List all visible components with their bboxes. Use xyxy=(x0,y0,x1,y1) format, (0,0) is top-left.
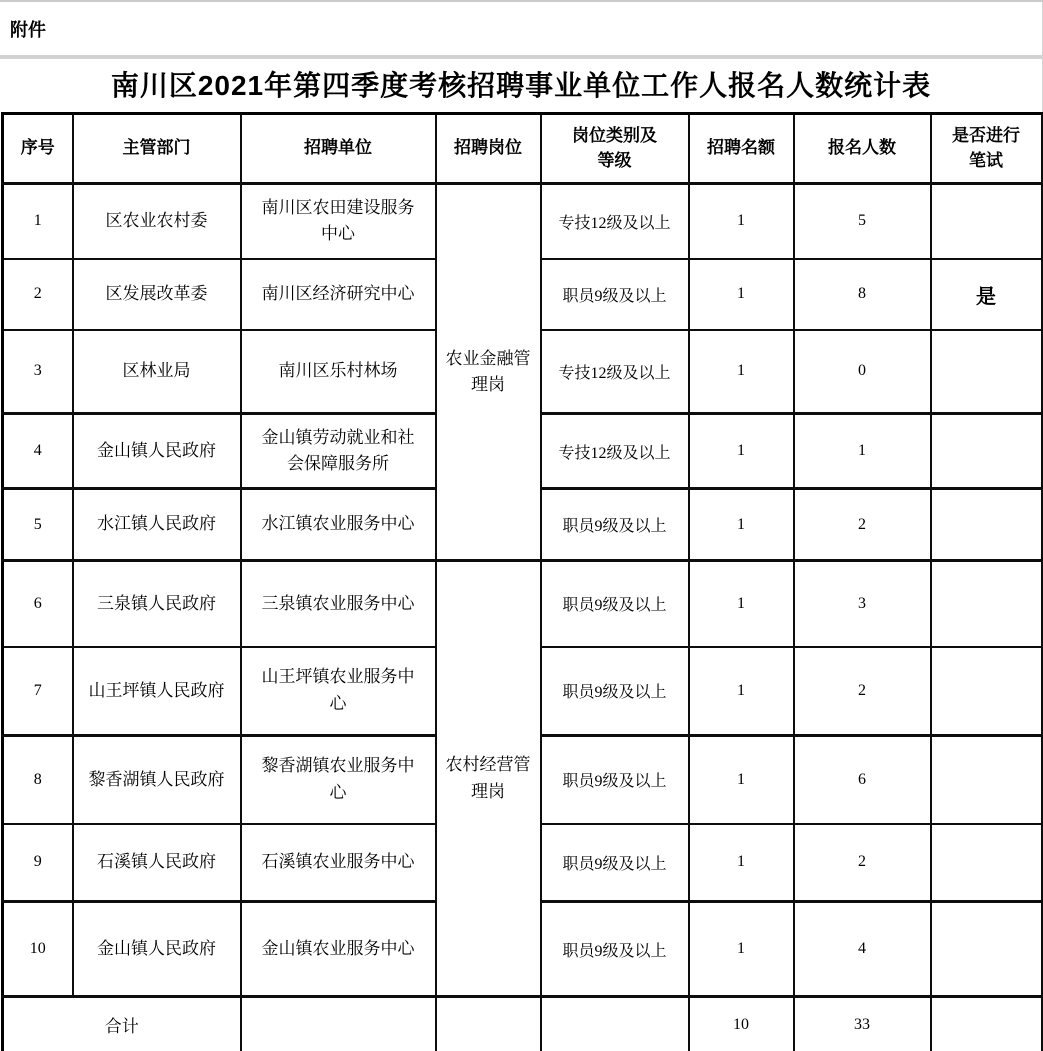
cell-unit: 山王坪镇农业服务中心 xyxy=(241,647,436,736)
cell-position-group-2: 农村经营管理岗 xyxy=(436,561,541,997)
total-label: 合计 xyxy=(3,997,241,1051)
cell-applicants: 2 xyxy=(794,489,931,561)
cell-quota: 1 xyxy=(689,736,794,824)
cell-written-test: 是 xyxy=(931,259,1042,330)
document-page: 附件 南川区2021年第四季度考核招聘事业单位工作人报名人数统计表 序号 主管部… xyxy=(0,0,1043,1051)
cell-quota: 1 xyxy=(689,824,794,902)
cell-unit-text: 山王坪镇农业服务中心 xyxy=(257,664,419,717)
cell-unit-text: 三泉镇农业服务中心 xyxy=(262,591,415,617)
cell-index: 1 xyxy=(3,184,73,259)
cell-written-test xyxy=(931,561,1042,647)
cell-category: 专技12级及以上 xyxy=(541,414,689,489)
cell-quota: 1 xyxy=(689,561,794,647)
total-category-empty xyxy=(541,997,689,1051)
cell-category: 职员9级及以上 xyxy=(541,489,689,561)
position-group-2-text: 农村经营管理岗 xyxy=(443,752,533,805)
cell-index: 10 xyxy=(3,902,73,997)
total-applicants: 33 xyxy=(794,997,931,1051)
header-position: 招聘岗位 xyxy=(436,114,541,184)
cell-unit: 水江镇农业服务中心 xyxy=(241,489,436,561)
cell-category: 职员9级及以上 xyxy=(541,824,689,902)
cell-category: 职员9级及以上 xyxy=(541,902,689,997)
cell-unit-text: 水江镇农业服务中心 xyxy=(262,511,415,537)
cell-index: 9 xyxy=(3,824,73,902)
cell-unit-text: 南川区农田建设服务中心 xyxy=(257,195,419,248)
cell-unit: 金山镇劳动就业和社会保障服务所 xyxy=(241,414,436,489)
cell-department: 金山镇人民政府 xyxy=(73,902,241,997)
cell-department: 水江镇人民政府 xyxy=(73,489,241,561)
position-group-1-text: 农业金融管理岗 xyxy=(443,346,533,399)
cell-index: 7 xyxy=(3,647,73,736)
table-row: 1 区农业农村委 南川区农田建设服务中心 农业金融管理岗 专技12级及以上 1 … xyxy=(3,184,1042,259)
cell-written-test xyxy=(931,414,1042,489)
total-written-test xyxy=(931,997,1042,1051)
header-category-label: 岗位类别及等级 xyxy=(567,124,662,173)
header-applicants: 报名人数 xyxy=(794,114,931,184)
cell-applicants: 6 xyxy=(794,736,931,824)
cell-unit: 南川区经济研究中心 xyxy=(241,259,436,330)
cell-quota: 1 xyxy=(689,330,794,414)
cell-index: 2 xyxy=(3,259,73,330)
total-position-empty xyxy=(436,997,541,1051)
cell-department: 区农业农村委 xyxy=(73,184,241,259)
total-unit-empty xyxy=(241,997,436,1051)
cell-category: 专技12级及以上 xyxy=(541,184,689,259)
page-title: 南川区2021年第四季度考核招聘事业单位工作人报名人数统计表 xyxy=(111,70,931,101)
cell-applicants: 3 xyxy=(794,561,931,647)
cell-applicants: 8 xyxy=(794,259,931,330)
cell-quota: 1 xyxy=(689,902,794,997)
header-quota: 招聘名额 xyxy=(689,114,794,184)
cell-category: 职员9级及以上 xyxy=(541,561,689,647)
cell-unit-text: 南川区乐村林场 xyxy=(279,358,398,384)
total-row: 合计 10 33 xyxy=(3,997,1042,1051)
cell-category: 职员9级及以上 xyxy=(541,736,689,824)
cell-department: 山王坪镇人民政府 xyxy=(73,647,241,736)
header-category: 岗位类别及等级 xyxy=(541,114,689,184)
cell-applicants: 2 xyxy=(794,647,931,736)
cell-index: 6 xyxy=(3,561,73,647)
cell-department: 三泉镇人民政府 xyxy=(73,561,241,647)
cell-written-test xyxy=(931,824,1042,902)
cell-quota: 1 xyxy=(689,184,794,259)
cell-unit-text: 黎香湖镇农业服务中心 xyxy=(257,753,419,806)
cell-unit: 黎香湖镇农业服务中心 xyxy=(241,736,436,824)
cell-unit-text: 金山镇农业服务中心 xyxy=(262,936,415,962)
header-unit: 招聘单位 xyxy=(241,114,436,184)
cell-unit: 南川区农田建设服务中心 xyxy=(241,184,436,259)
cell-index: 8 xyxy=(3,736,73,824)
cell-unit: 金山镇农业服务中心 xyxy=(241,902,436,997)
table-row: 6 三泉镇人民政府 三泉镇农业服务中心 农村经营管理岗 职员9级及以上 1 3 xyxy=(3,561,1042,647)
cell-category: 职员9级及以上 xyxy=(541,647,689,736)
cell-applicants: 2 xyxy=(794,824,931,902)
cell-index: 4 xyxy=(3,414,73,489)
cell-quota: 1 xyxy=(689,489,794,561)
cell-written-test xyxy=(931,647,1042,736)
cell-quota: 1 xyxy=(689,414,794,489)
cell-index: 5 xyxy=(3,489,73,561)
header-index: 序号 xyxy=(3,114,73,184)
header-written-test: 是否进行笔试 xyxy=(931,114,1042,184)
cell-applicants: 4 xyxy=(794,902,931,997)
cell-quota: 1 xyxy=(689,259,794,330)
cell-department: 区发展改革委 xyxy=(73,259,241,330)
cell-position-group-1: 农业金融管理岗 xyxy=(436,184,541,561)
cell-unit-text: 南川区经济研究中心 xyxy=(262,281,415,307)
cell-written-test xyxy=(931,736,1042,824)
cell-index: 3 xyxy=(3,330,73,414)
cell-unit: 三泉镇农业服务中心 xyxy=(241,561,436,647)
cell-applicants: 0 xyxy=(794,330,931,414)
cell-written-test xyxy=(931,902,1042,997)
cell-category: 专技12级及以上 xyxy=(541,330,689,414)
cell-written-test xyxy=(931,330,1042,414)
cell-applicants: 5 xyxy=(794,184,931,259)
cell-quota: 1 xyxy=(689,647,794,736)
cell-department: 区林业局 xyxy=(73,330,241,414)
header-written-test-label: 是否进行笔试 xyxy=(949,124,1023,173)
attachment-bar: 附件 xyxy=(0,2,1043,55)
cell-written-test xyxy=(931,184,1042,259)
cell-unit-text: 石溪镇农业服务中心 xyxy=(262,849,415,875)
header-row: 序号 主管部门 招聘单位 招聘岗位 岗位类别及等级 招聘名额 报名人数 是否进行… xyxy=(3,114,1042,184)
cell-department: 金山镇人民政府 xyxy=(73,414,241,489)
recruitment-table: 序号 主管部门 招聘单位 招聘岗位 岗位类别及等级 招聘名额 报名人数 是否进行… xyxy=(1,112,1043,1051)
header-department: 主管部门 xyxy=(73,114,241,184)
cell-unit: 南川区乐村林场 xyxy=(241,330,436,414)
cell-unit: 石溪镇农业服务中心 xyxy=(241,824,436,902)
cell-department: 石溪镇人民政府 xyxy=(73,824,241,902)
cell-written-test xyxy=(931,489,1042,561)
title-bar: 南川区2021年第四季度考核招聘事业单位工作人报名人数统计表 xyxy=(0,59,1043,112)
cell-unit-text: 金山镇劳动就业和社会保障服务所 xyxy=(257,425,419,478)
cell-department: 黎香湖镇人民政府 xyxy=(73,736,241,824)
cell-applicants: 1 xyxy=(794,414,931,489)
total-quota: 10 xyxy=(689,997,794,1051)
attachment-label: 附件 xyxy=(10,20,46,40)
cell-category: 职员9级及以上 xyxy=(541,259,689,330)
